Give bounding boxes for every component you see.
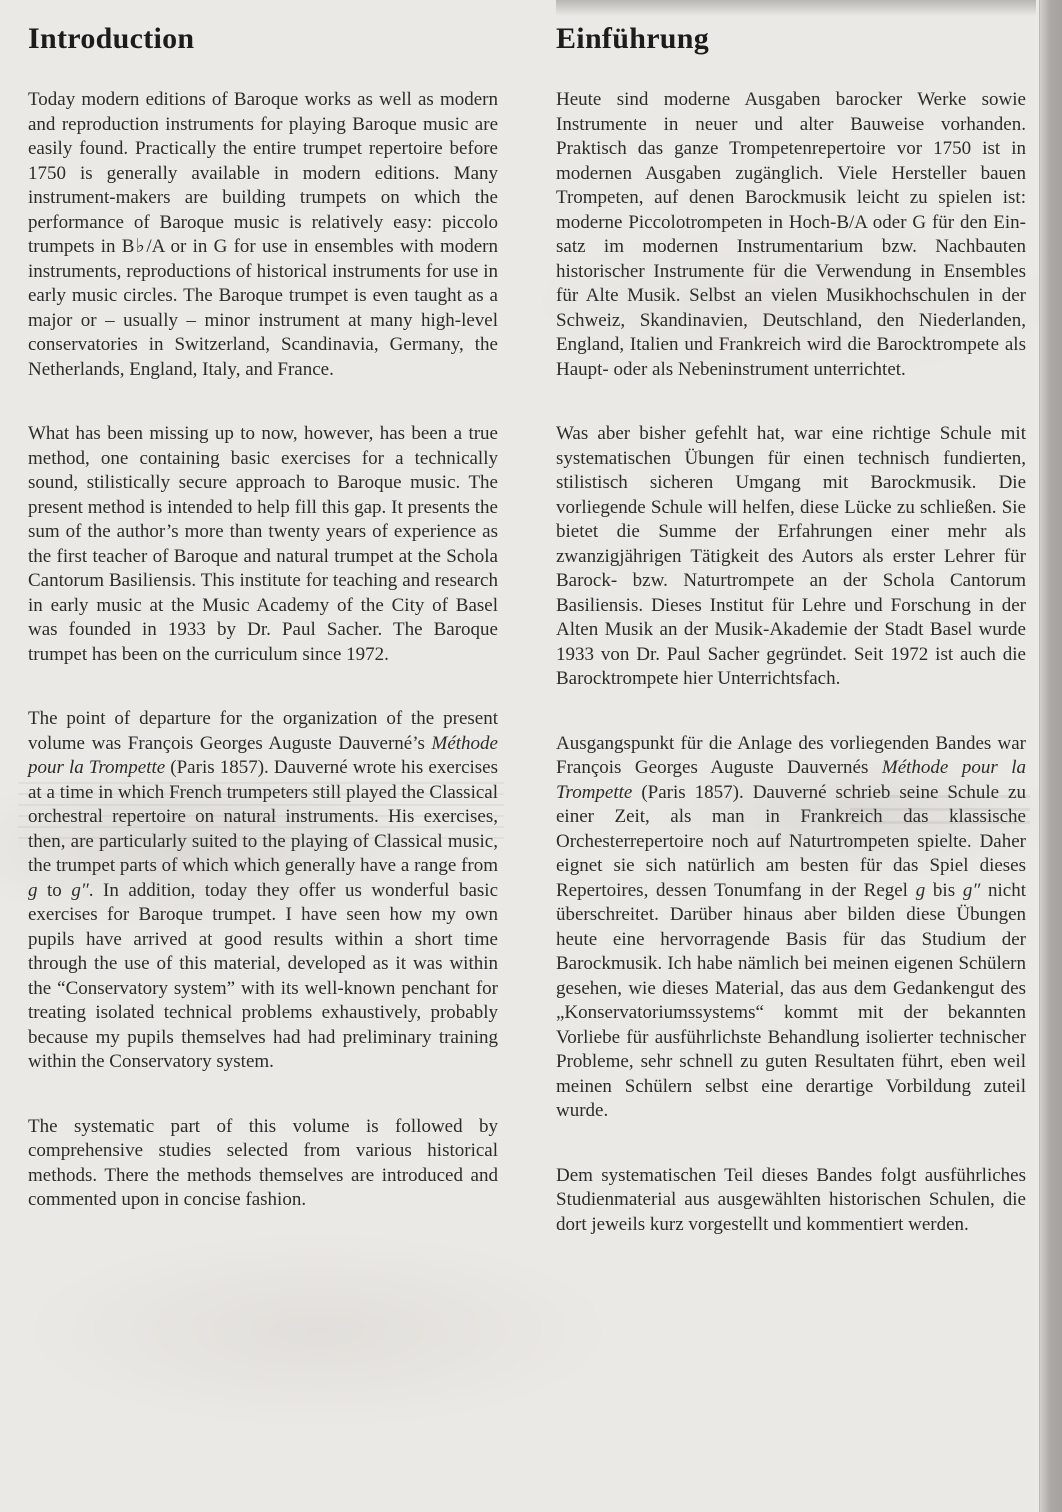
italic-text: g″ — [963, 880, 980, 901]
body-text: Today modern editions of Baroque works a… — [28, 89, 498, 380]
body-text: to — [38, 880, 72, 901]
paragraph: Heute sind moderne Ausgaben barocker Wer… — [556, 88, 1026, 382]
italic-text: g — [28, 880, 38, 901]
paragraph: What has been missing up to now, however… — [28, 422, 498, 667]
body-text: . In addition, today they offer us wonde… — [28, 880, 498, 1073]
paragraph: The point of departure for the organizat… — [28, 707, 498, 1075]
paragraph: Was aber bisher gefehlt hat, war eine ri… — [556, 422, 1026, 692]
paragraphs-german: Heute sind moderne Ausgaben barocker Wer… — [556, 88, 1026, 1237]
paragraph: Dem systematischen Teil dieses Bandes fo… — [556, 1164, 1026, 1238]
column-german: Einführung Heute sind moderne Ausgaben b… — [556, 14, 1026, 1277]
paragraphs-english: Today modern editions of Baroque works a… — [28, 88, 498, 1213]
paragraph: Today modern editions of Baroque works a… — [28, 88, 498, 382]
body-text: The point of departure for the organizat… — [28, 708, 498, 754]
body-text: bis — [925, 880, 963, 901]
italic-text: g — [916, 880, 926, 901]
italic-text: g″ — [71, 880, 88, 901]
paragraph: Ausgangspunkt für die Anlage des vorlieg… — [556, 732, 1026, 1124]
body-text: What has been missing up to now, however… — [28, 423, 498, 665]
heading-einfuehrung: Einführung — [556, 22, 1026, 56]
paragraph: The systematic part of this volume is fo… — [28, 1115, 498, 1213]
two-column-layout: Introduction Today modern editions of Ba… — [0, 0, 1062, 1277]
scanned-book-page: Introduction Today modern editions of Ba… — [0, 0, 1062, 1512]
heading-introduction: Introduction — [28, 22, 498, 56]
body-text: nicht überschreitet. Darüber hinaus aber… — [556, 880, 1026, 1122]
body-text: Was aber bisher gefehlt hat, war eine ri… — [556, 423, 1026, 689]
body-text: Dem systematischen Teil dieses Bandes fo… — [556, 1165, 1026, 1235]
column-english: Introduction Today modern editions of Ba… — [28, 14, 498, 1277]
body-text: The systematic part of this volume is fo… — [28, 1116, 498, 1211]
body-text: Heute sind moderne Ausgaben barocker Wer… — [556, 89, 1026, 380]
page-edge-shadow — [1039, 0, 1062, 1512]
